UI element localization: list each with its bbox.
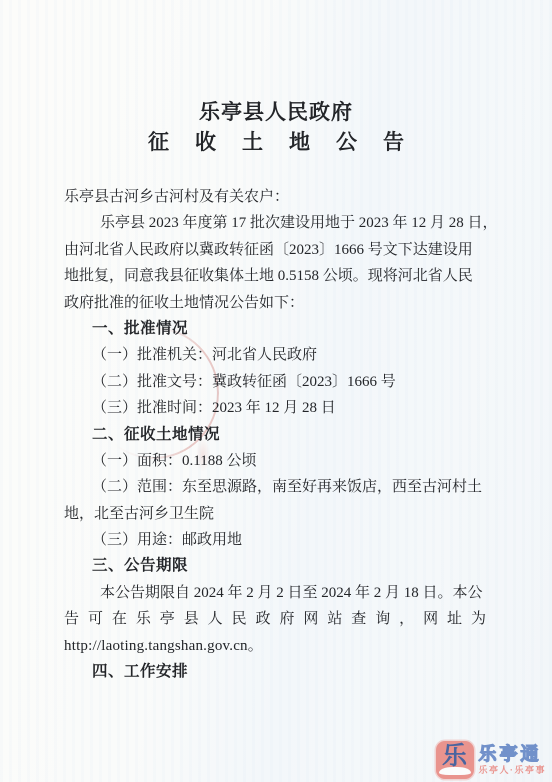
section1-item3: （三）批准时间：2023 年 12 月 28 日 xyxy=(64,395,488,421)
section1-item1: （一）批准机关：河北省人民政府 xyxy=(64,342,488,368)
section1-item2: （二）批准文号：冀政转征函〔2023〕1666 号 xyxy=(64,369,488,395)
section2-item1: （一）面积：0.1188 公顷 xyxy=(64,448,488,474)
para3-line1: 本公告期限自 2024 年 2 月 2 日至 2024 年 2 月 18 日。本… xyxy=(64,580,488,606)
app-name-label: 乐亭通 xyxy=(479,745,547,763)
section2-heading: 二、征收土地情况 xyxy=(64,422,488,448)
para1-line3: 地批复，同意我县征收集体土地 0.5158 公顷。现将河北省人民 xyxy=(64,263,488,289)
salutation-line: 乐亭县古河乡古河村及有关农户： xyxy=(64,184,488,210)
para3-line2: 告可在乐亭县人民政府网站查询，网址为 xyxy=(64,606,488,632)
para1-line4: 政府批准的征收土地情况公告如下： xyxy=(64,290,488,316)
app-tagline-label: 乐亭人·乐亭事 xyxy=(479,766,547,775)
document-body: 乐亭县古河乡古河村及有关农户： 乐亭县 2023 年度第 17 批次建设用地于 … xyxy=(64,184,488,685)
announcement-title: 征收土地公告 xyxy=(0,127,552,157)
para1-line2: 由河北省人民政府以冀政转征函〔2023〕1666 号文下达建设用 xyxy=(64,237,488,263)
para1-line1: 乐亭县 2023 年度第 17 批次建设用地于 2023 年 12 月 28 日… xyxy=(64,210,488,236)
section2-item2-line2: 地，北至古河乡卫生院 xyxy=(64,501,488,527)
section1-heading: 一、批准情况 xyxy=(64,316,488,342)
issuing-authority-title: 乐亭县人民政府 xyxy=(0,97,552,127)
section2-item2-line1: （二）范围：东至思源路，南至好再来饭店，西至古河村土 xyxy=(64,474,488,500)
website-url-text: http://laoting.tangshan.gov.cn。 xyxy=(64,633,488,659)
section3-heading: 三、公告期限 xyxy=(64,553,488,579)
section4-heading: 四、工作安排 xyxy=(64,659,488,685)
watermark-text-block: 乐亭通 乐亭人·乐亭事 xyxy=(479,745,547,775)
laotingtong-watermark: 乐 乐亭通 乐亭人·乐亭事 xyxy=(436,741,547,779)
boat-wave-icon xyxy=(439,767,471,775)
section2-item3: （三）用途：邮政用地 xyxy=(64,527,488,553)
laotingtong-app-icon: 乐 xyxy=(436,741,474,779)
announcement-document: 乐亭县人民政府 征收土地公告 乐亭县古河乡古河村及有关农户： 乐亭县 2023 … xyxy=(0,0,552,782)
